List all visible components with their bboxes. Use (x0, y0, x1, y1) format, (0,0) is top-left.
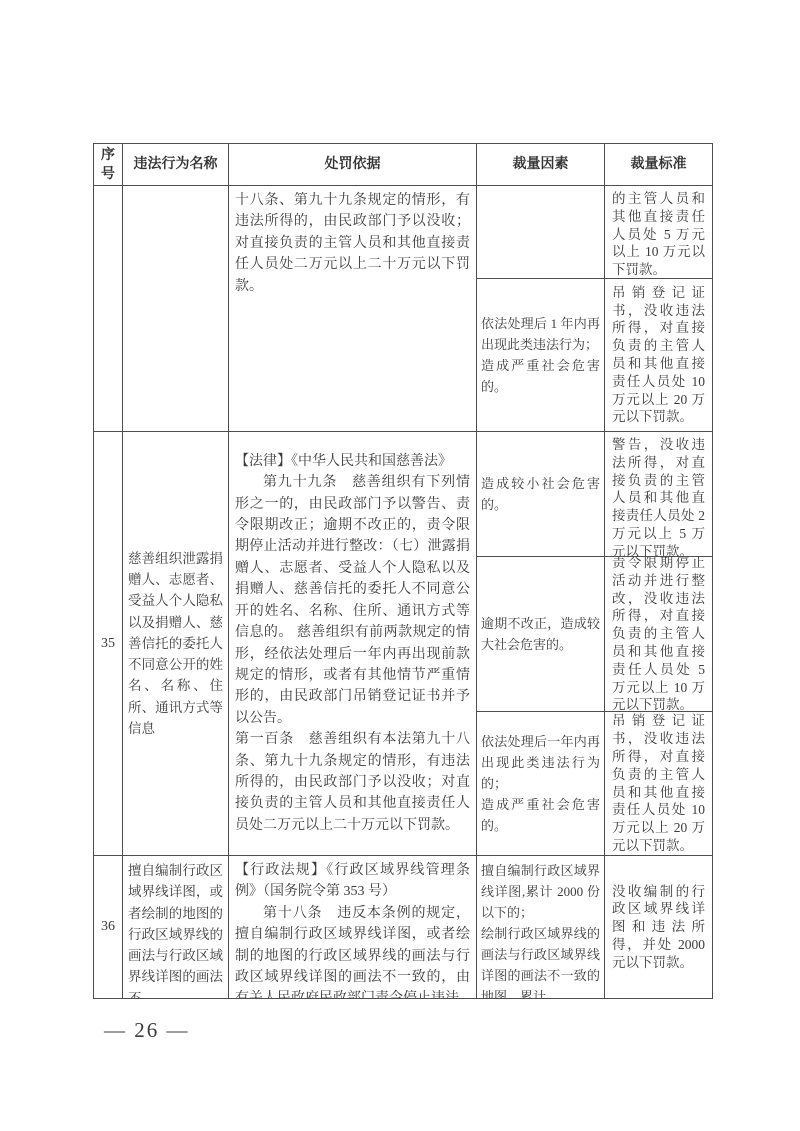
row36-basis-paragraph-1: 【行政法规】《行政区域界线管理条例》（国务院令第 353 号） (235, 860, 470, 903)
row35-factor-cell-1: 造成较小社会危害的。 (477, 432, 605, 557)
row35-factor-3: 依法处理后一年内再出现此类违法行为的； 造成严重社会危害的。 (481, 731, 600, 836)
row36-standard-cell-1: 没收编制的行政区域界线详图和违法所得，并处 2000 元以下罚款。 (605, 856, 713, 999)
row35-factor-2: 逾期不改正，造成较大社会危害的。 (481, 613, 600, 655)
row35-basis-paragraph-1: 【法律】《中华人民共和国慈善法》 (235, 451, 470, 472)
row34-factor-cell-1 (477, 186, 605, 279)
header-col-discretion-factor: 裁量因素 (477, 144, 605, 186)
document-page: 序号 违法行为名称 处罚依据 裁量因素 裁量标准 十八条、第九十九条规定的情形，… (0, 0, 800, 1131)
row36-serial: 36 (101, 919, 115, 935)
row35-basis-paragraph-2: 第九十九条 慈善组织有下列情形之一的，由民政部门予以警告、责令限期改正；逾期不改… (235, 472, 470, 729)
header-col-penalty-basis: 处罚依据 (229, 144, 477, 186)
row34-factor-cell-2: 依法处理后 1 年内再出现此类违法行为； 造成严重社会危害的。 (477, 279, 605, 432)
row35-factor-cell-2: 逾期不改正，造成较大社会危害的。 (477, 557, 605, 712)
row36-standard-1: 没收编制的行政区域界线详图和违法所得，并处 2000 元以下罚款。 (612, 883, 705, 972)
row35-serial: 35 (101, 636, 115, 652)
row36-name-cell: 擅自编制行政区域界线详图，或者绘制的地图的行政区域界线的画法与行政区域界线详图的… (123, 856, 229, 999)
row35-standard-cell-2: 责令限期停止活动并进行整改，没收违法所得，对直接负责的主管人员和其他直接责任人员… (605, 557, 713, 712)
header-col-discretion-standard: 裁量标准 (605, 144, 713, 186)
row35-standard-cell-1: 警告，没收违法所得，对直接负责的主管人员和其他直接责任人员处 2 万元以上 5 … (605, 432, 713, 557)
penalty-discretion-table: 序号 违法行为名称 处罚依据 裁量因素 裁量标准 十八条、第九十九条规定的情形，… (93, 143, 713, 999)
row35-factor-cell-3: 依法处理后一年内再出现此类违法行为的； 造成严重社会危害的。 (477, 712, 605, 856)
row35-name: 慈善组织泄露捐赠人、志愿者、受益人个人隐私以及捐赠人、慈善信托的委托人不同意公开… (128, 548, 223, 740)
row35-serial-cell: 35 (94, 432, 123, 856)
row34-standard-2: 吊销登记证书，没收违法所得，对直接负责的主管人员和其他直接责任人员处 10 万元… (612, 284, 705, 426)
row36-serial-cell: 36 (94, 856, 123, 999)
row34-factor-2: 依法处理后 1 年内再出现此类违法行为； 造成严重社会危害的。 (481, 313, 600, 397)
row34-standard-cell-1: 的主管人员和其他直接责任人员处 5 万元以上 10 万元以下罚款。 (605, 186, 713, 279)
row36-basis-cell: 【行政法规】《行政区域界线管理条例》（国务院令第 353 号） 第十八条 违反本… (229, 856, 477, 999)
row34-standard-1: 的主管人员和其他直接责任人员处 5 万元以上 10 万元以下罚款。 (612, 190, 705, 279)
row35-name-cell: 慈善组织泄露捐赠人、志愿者、受益人个人隐私以及捐赠人、慈善信托的委托人不同意公开… (123, 432, 229, 856)
row36-factor-cell-1: 擅自编制行政区域界线详图,累计 2000 份以下的； 绘制行政区域界线的画法与行… (477, 856, 605, 999)
row35-standard-3: 吊销登记证书，没收违法所得，对直接负责的主管人员和其他直接责任人员处 10 万元… (612, 712, 705, 854)
page-number: — 26 — (104, 1018, 190, 1043)
row34-serial-cell (94, 186, 123, 432)
row35-standard-2: 责令限期停止活动并进行整改，没收违法所得，对直接负责的主管人员和其他直接责任人员… (612, 557, 705, 712)
row34-basis-paragraph: 十八条、第九十九条规定的情形，有违法所得的，由民政部门予以没收；对直接负责的主管… (235, 190, 470, 297)
row34-name-cell (123, 186, 229, 432)
row35-basis-cell: 【法律】《中华人民共和国慈善法》 第九十九条 慈善组织有下列情形之一的，由民政部… (229, 432, 477, 856)
row36-name: 擅自编制行政区域界线详图，或者绘制的地图的行政区域界线的画法与行政区域界线详图的… (128, 860, 223, 999)
row36-factor-1: 擅自编制行政区域界线详图,累计 2000 份以下的； 绘制行政区域界线的画法与行… (481, 860, 600, 999)
row35-factor-1: 造成较小社会危害的。 (481, 473, 600, 515)
row35-basis-paragraph-3: 第一百条 慈善组织有本法第九十八条、第九十九条规定的情形，有违法所得的，由民政部… (235, 729, 470, 836)
row35-standard-cell-3: 吊销登记证书，没收违法所得，对直接负责的主管人员和其他直接责任人员处 10 万元… (605, 712, 713, 856)
row35-standard-1: 警告，没收违法所得，对直接负责的主管人员和其他直接责任人员处 2 万元以上 5 … (612, 436, 705, 557)
row36-basis-paragraph-2: 第十八条 违反本条例的规定，擅自编制行政区域界线详图，或者绘制的地图的行政区域界… (235, 903, 470, 999)
header-col-serial: 序号 (94, 144, 123, 186)
row34-basis-cell: 十八条、第九十九条规定的情形，有违法所得的，由民政部门予以没收；对直接负责的主管… (229, 186, 477, 432)
header-col-violation-name: 违法行为名称 (123, 144, 229, 186)
row34-standard-cell-2: 吊销登记证书，没收违法所得，对直接负责的主管人员和其他直接责任人员处 10 万元… (605, 279, 713, 432)
